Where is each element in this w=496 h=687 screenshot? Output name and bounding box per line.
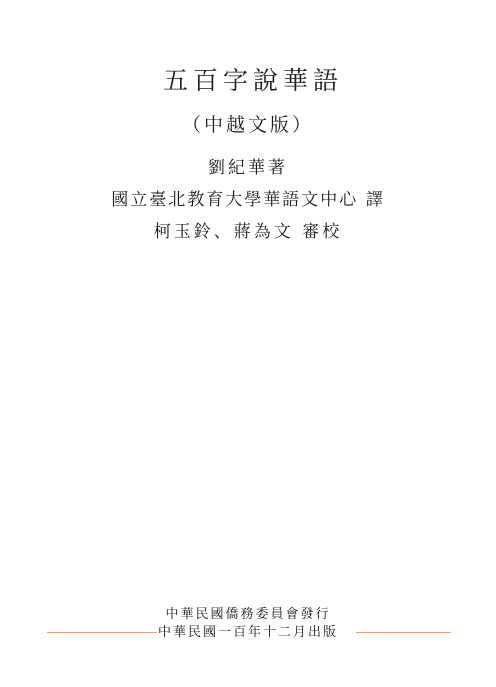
decorative-rule-right [356, 632, 451, 633]
publisher-line: 中華民國僑務委員會發行 [0, 606, 496, 624]
publication-date-line: 中華民國一百年十二月出版 [0, 624, 496, 642]
book-cover-page: 五百字說華語 （中越文版） 劉紀華著 國立臺北教育大學華語文中心 譯 柯玉鈴、蔣… [0, 0, 496, 687]
book-title: 五百字說華語 [0, 64, 496, 98]
author-credit: 劉紀華著 [0, 156, 496, 180]
edition-label: （中越文版） [0, 112, 496, 138]
reviewer-credit: 柯玉鈴、蔣為文 審校 [0, 220, 496, 244]
translator-credit: 國立臺北教育大學華語文中心 譯 [0, 188, 496, 212]
